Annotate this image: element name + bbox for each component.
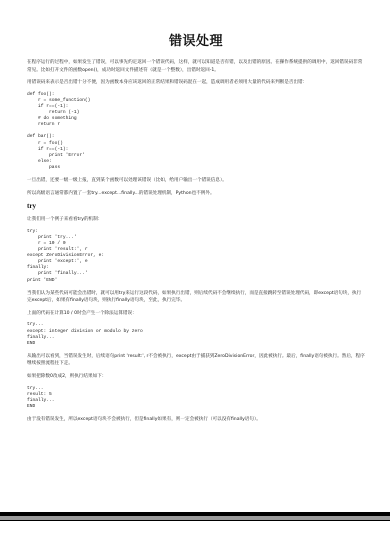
page-title: 错误处理 [27,30,365,49]
section-heading-try: try [27,202,365,210]
division-error-paragraph: 上面的代码在计算10 / 0时会产生一个除法运算错误： [27,310,365,318]
output-block-success: try... result: 5 finally... END [27,386,365,410]
report-up-paragraph: 一旦出错，还要一级一级上报，直到某个函数可以处理该错误（比如，给用户输出一个错误… [27,177,365,185]
try-explanation-paragraph: 当我们认为某些代码可能会出错时，就可以用try来运行这段代码，如果执行出错，则后… [27,290,365,305]
change-divisor-paragraph: 如果把除数0改成2，则执行结果如下： [27,373,365,381]
footer-divider-thin [0,520,390,521]
output-block-error: try... except: integer division or modul… [27,322,365,346]
example-intro-paragraph: 让我们用一个例子来看看try的机制： [27,216,365,224]
finally-explanation-paragraph: 由于没有错误发生，所以except语句块不会被执行，但是finally如果有，则… [27,416,365,424]
output-explanation-paragraph: 从输出可以看到，当错误发生时，后续语句print 'result:', r不会被… [27,353,365,368]
intro-paragraph: 在程序运行的过程中，如果发生了错误，可以事先约定返回一个错误代码，这样，就可以知… [27,59,365,74]
document-page: 错误处理 在程序运行的过程中，如果发生了错误，可以事先约定返回一个错误代码，这样… [27,30,365,429]
code-block-try-example: try: print 'try...' r = 10 / 0 print 're… [27,229,365,284]
code-block-foo-bar: def foo(): r = some_function() if r==(-1… [27,92,365,171]
error-code-paragraph: 用错误码来表示是否出错十分不便，因为函数本身应该返回的正常结果和错误码混在一起，… [27,79,365,87]
builtin-mechanism-paragraph: 所以高级语言通常都内置了一套try...except...finally...的… [27,190,365,198]
